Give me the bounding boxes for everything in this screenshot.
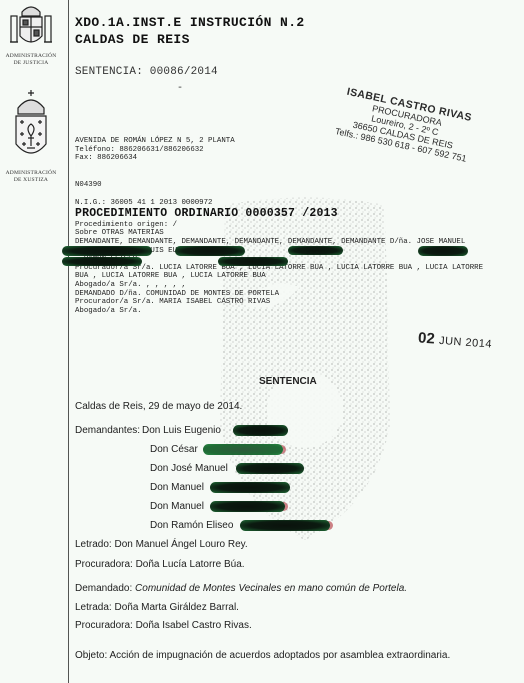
plaintiffs-label: Demandantes: bbox=[75, 425, 140, 436]
received-date-stamp: 02 JUN 2014 bbox=[417, 329, 492, 352]
redaction-mark bbox=[218, 257, 288, 266]
redaction-mark bbox=[203, 444, 283, 455]
crest-caption-line: DE XUSTIZA bbox=[0, 177, 62, 184]
parties-line: BUA , LUCIA LATORRE BUA , LUCIA LATORRE … bbox=[75, 272, 483, 281]
court-code: N04390 bbox=[75, 181, 102, 190]
sentence-number: SENTENCIA: 00086/2014 bbox=[75, 66, 218, 78]
plaintiff-lawyer: Letrado: Don Manuel Ángel Louro Rey. bbox=[75, 539, 248, 550]
parties-line: DEMANDADO D/ña. COMUNIDAD DE MONTES DE P… bbox=[75, 290, 483, 299]
margin-rule bbox=[68, 0, 69, 683]
court-name-line2: CALDAS DE REIS bbox=[75, 31, 305, 48]
defendant-attorney: Procuradora: Doña Isabel Castro Rivas. bbox=[75, 620, 252, 631]
redaction-mark bbox=[236, 463, 304, 474]
court-address: AVENIDA DE ROMÁN LÓPEZ N 5, 2 PLANTA bbox=[75, 137, 235, 146]
crest-caption-top: ADMINISTRACIÓN DE JUSTICIA bbox=[0, 53, 62, 67]
received-day: 02 bbox=[418, 329, 436, 347]
redaction-mark bbox=[418, 246, 468, 256]
defendant-line: Demandado: Comunidad de Montes Vecinales… bbox=[75, 583, 407, 594]
redaction-mark bbox=[210, 501, 285, 512]
court-name-line1: XDO.1A.INST.E INSTRUCIÓN N.2 bbox=[75, 14, 305, 31]
sentence-heading: SENTENCIA bbox=[259, 376, 317, 387]
court-fax: Fax: 886206634 bbox=[75, 154, 235, 163]
defendant-name: Comunidad de Montes Vecinales en mano co… bbox=[135, 583, 407, 594]
plaintiff-attorney: Procuradora: Doña Lucía Latorre Búa. bbox=[75, 559, 245, 570]
case-object: Objeto: Acción de impugnación de acuerdo… bbox=[75, 650, 450, 661]
crest-caption-bottom: ADMINISTRACIÓN DE XUSTIZA bbox=[0, 170, 62, 184]
plaintiff: Don José Manuel bbox=[150, 463, 228, 474]
plaintiff: Don Manuel bbox=[150, 482, 204, 493]
header-dash: - bbox=[177, 83, 183, 94]
redaction-mark bbox=[233, 425, 288, 436]
parties-line: Procurador/a Sr/a. MARIA ISABEL CASTRO R… bbox=[75, 298, 483, 307]
court-phone: Teléfono: 886206631/886206632 bbox=[75, 146, 235, 155]
spain-coat-of-arms-icon bbox=[8, 2, 52, 54]
redaction-mark bbox=[175, 246, 245, 256]
redaction-mark bbox=[210, 482, 290, 493]
galicia-coat-of-arms-icon bbox=[8, 88, 52, 166]
plaintiff: Don Luis Eugenio bbox=[142, 425, 221, 436]
crest-caption-line: ADMINISTRACIÓN bbox=[0, 53, 62, 60]
procedure-subject: Sobre OTRAS MATERIAS bbox=[75, 229, 164, 238]
plaintiff: Don Ramón Eliseo bbox=[150, 520, 233, 531]
court-contact: AVENIDA DE ROMÁN LÓPEZ N 5, 2 PLANTA Tel… bbox=[75, 137, 235, 163]
defendant-lawyer: Letrada: Doña Marta Giráldez Barral. bbox=[75, 602, 239, 613]
defendant-label: Demandado: bbox=[75, 583, 132, 594]
crest-caption-line: DE JUSTICIA bbox=[0, 60, 62, 67]
plaintiff: Don César bbox=[150, 444, 198, 455]
redaction-mark bbox=[62, 257, 142, 266]
parties-line: Abogado/a Sr/a. bbox=[75, 307, 483, 316]
procedure-title: PROCEDIMIENTO ORDINARIO 0000357 /2013 bbox=[75, 207, 338, 220]
redaction-mark bbox=[240, 520, 330, 531]
place-date: Caldas de Reis, 29 de mayo de 2014. bbox=[75, 401, 242, 412]
parties-line: Abogado/a Sr/a. , , , , , bbox=[75, 281, 483, 290]
court-name: XDO.1A.INST.E INSTRUCIÓN N.2 CALDAS DE R… bbox=[75, 14, 305, 48]
crest-caption-line: ADMINISTRACIÓN bbox=[0, 170, 62, 177]
attorney-stamp: ISABEL CASTRO RIVAS PROCURADORA Loureiro… bbox=[334, 85, 476, 164]
plaintiff: Don Manuel bbox=[150, 501, 204, 512]
received-month-year: JUN 2014 bbox=[439, 335, 493, 351]
redaction-mark bbox=[62, 246, 152, 256]
redaction-mark bbox=[288, 246, 343, 255]
